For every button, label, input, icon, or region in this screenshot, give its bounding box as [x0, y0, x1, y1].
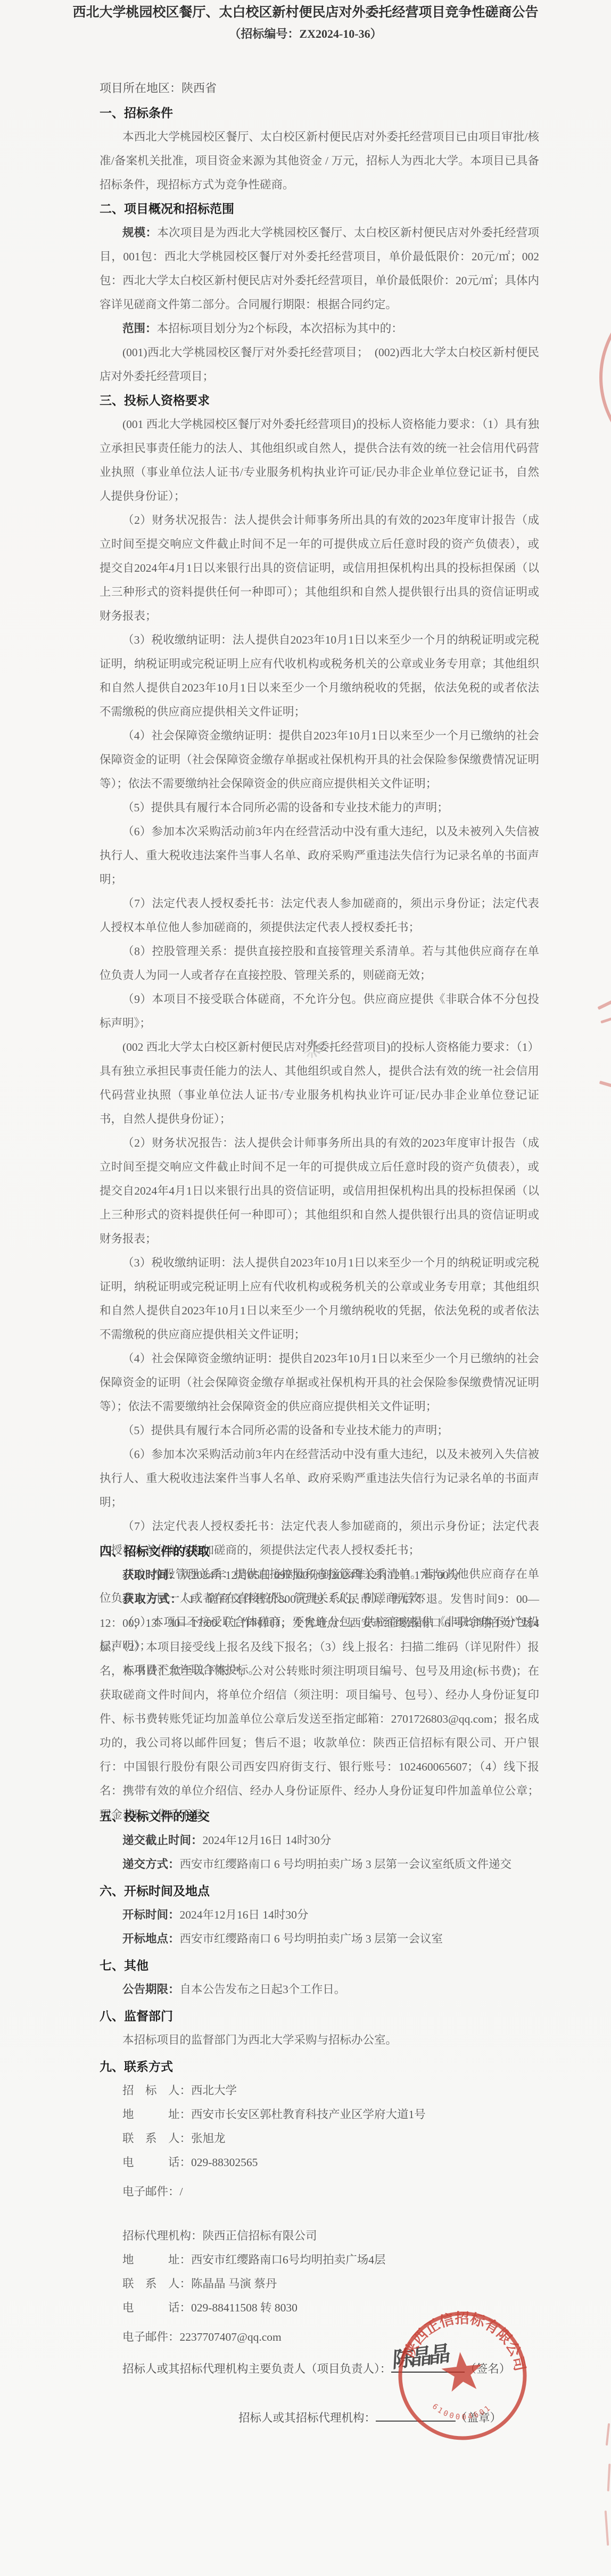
contact-label: 电 话：	[122, 2156, 191, 2169]
section-heading: 九、联系方式	[100, 2055, 539, 2079]
contact-label: 电子邮件：	[122, 2185, 180, 2198]
section-4-document-acquisition: 四、招标文件的获取获取时间：从2024年12月05日 09时00分到2024年1…	[100, 1540, 539, 1827]
seal-star-icon	[440, 2350, 484, 2392]
section-heading: 四、招标文件的获取	[100, 1540, 539, 1563]
contact-row: 招 标 人：西北大学	[122, 2079, 543, 2103]
contact-row: 地 址：西安市红缨路南口6号均明拍卖广场4层	[122, 2248, 543, 2272]
paragraph-lead: 递交截止时间：	[122, 1834, 203, 1847]
contact-value: 029-88411508 转 8030	[191, 2301, 298, 2314]
contact-label: 招 标 人：	[122, 2084, 191, 2097]
contact-label: 联 系 人：	[122, 2277, 191, 2290]
paragraph-lead: 规模：	[122, 226, 157, 239]
contact-label: 联 系 人：	[122, 2132, 191, 2145]
paragraph-text: 2024年12月16日 14时30分	[180, 1908, 309, 1921]
paragraph: （6）参加本次采购活动前3年内在经营活动中没有重大违纪，以及未被列入失信被执行人…	[100, 820, 539, 892]
contact-row: 联 系 人：张旭龙	[122, 2127, 543, 2151]
paragraph-lead: 递交方式：	[122, 1858, 180, 1871]
paragraph: 获取时间：从2024年12月05日 09时00分到2024年12月12日 17时…	[100, 1563, 539, 1587]
paragraph: （9）本项目不接受联合体磋商，不允许分包。供应商应提供《非联合体不分包投标声明》…	[100, 987, 539, 1035]
paragraph-lead: 获取时间：	[122, 1569, 180, 1582]
paragraph: （3）税收缴纳证明：法人提供自2023年10月1日以来至少一个月的纳税证明或完税…	[100, 1251, 539, 1347]
signature-line2-label: 招标人或其招标代理机构：	[238, 2412, 376, 2424]
paragraph: （5）提供具有履行本合同所必需的设备和专业技术能力的声明；	[100, 1419, 539, 1443]
section-heading: 二、项目概况和招标范围	[100, 197, 539, 221]
paragraph-text: 本次项目是为西北大学桃园校区餐厅、太白校区新村便民店对外委托经营项目，001包：…	[100, 226, 539, 311]
paragraph-text: （2）财务状况报告：法人提供会计师事务所出具的有效的2023年度审计报告（成立时…	[100, 1137, 539, 1245]
paragraph: 递交截止时间：2024年12月16日 14时30分	[100, 1829, 539, 1853]
region-value: 陕西省	[181, 81, 217, 95]
paragraph-text: 西安市红缨路南口 6 号均明拍卖广场 3 层第一会议室	[180, 1932, 443, 1945]
paragraph-text: 从2024年12月05日 09时00分到2024年12月12日 17时00分	[180, 1569, 460, 1582]
contact-row: 招标代理机构：陕西正信招标有限公司	[122, 2224, 543, 2248]
paragraph-text: （3）税收缴纳证明：法人提供自2023年10月1日以来至少一个月的纳税证明或完税…	[100, 633, 539, 718]
paragraph: 本招标项目的监督部门为西北大学采购与招标办公室。	[100, 2028, 539, 2052]
section-6-bid-opening: 六、开标时间及地点开标时间：2024年12月16日 14时30分开标地点：西安市…	[100, 1879, 539, 1951]
contact-value: 2237707407@qq.com	[180, 2331, 282, 2343]
paragraph-text: 本招标项目的监督部门为西北大学采购与招标办公室。	[122, 2034, 397, 2046]
section-8-supervision: 八、监督部门本招标项目的监督部门为西北大学采购与招标办公室。	[100, 2004, 539, 2052]
section-7-other: 七、其他公告期限：自本公告发布之日起3个工作日。	[100, 1954, 539, 2002]
paragraph-text: 2024年12月16日 14时30分	[203, 1834, 332, 1847]
paragraph-lead: 开标时间：	[122, 1908, 180, 1921]
paragraph-text: （6）参加本次采购活动前3年内在经营活动中没有重大违纪，以及未被列入失信被执行人…	[100, 1448, 539, 1509]
paragraph: 获取方式：（1）磋商文件售价300元/包（人民币），售后不退。发售时间9：00—…	[100, 1587, 539, 1827]
paragraph-lead: 开标地点：	[122, 1932, 180, 1945]
paragraph-text: （4）社会保障资金缴纳证明：提供自2023年10月1日以来至少一个月已缴纳的社会…	[100, 1352, 539, 1413]
paragraph-text: （3）税收缴纳证明：法人提供自2023年10月1日以来至少一个月的纳税证明或完税…	[100, 1256, 539, 1341]
document-title-block: 西北大学桃园校区餐厅、太白校区新村便民店对外委托经营项目竞争性磋商公告 （招标编…	[32, 2, 579, 45]
paragraph-text: （5）提供具有履行本合同所必需的设备和专业技术能力的声明；	[122, 801, 449, 814]
paragraph-text: （8）控股管理关系：提供直接控股和直接管理关系清单。若与其他供应商存在单位负责人…	[100, 945, 539, 982]
tender-number: （招标编号：ZX2024-10-36）	[32, 23, 579, 45]
paragraph-text: （6）参加本次采购活动前3年内在经营活动中没有重大违纪，以及未被列入失信被执行人…	[100, 825, 539, 886]
section-9-contact: 九、联系方式	[100, 2055, 539, 2079]
contact-label: 电 话：	[122, 2301, 191, 2314]
section-3-bidder-qualifications: 三、投标人资格要求(001 西北大学桃园校区餐厅对外委托经营项目)的投标人资格能…	[100, 389, 539, 1682]
signature-line1-label: 招标人或其招标代理机构主要负责人（项目负责人）：	[122, 2363, 391, 2375]
contact-label: 电子邮件：	[122, 2331, 180, 2343]
paragraph: (001)西北大学桃园校区餐厅对外委托经营项目； (002)西北大学太白校区新村…	[100, 341, 539, 389]
section-heading: 八、监督部门	[100, 2004, 539, 2028]
contact-row: 联 系 人：陈晶晶 马演 蔡丹	[122, 2272, 543, 2296]
paragraph-text: (001 西北大学桃园校区餐厅对外委托经营项目)的投标人资格能力要求：（1）具有…	[100, 418, 539, 503]
section-heading: 六、开标时间及地点	[100, 1879, 539, 1903]
section-5-bid-submission: 五、投标文件的递交递交截止时间：2024年12月16日 14时30分递交方式：西…	[100, 1805, 539, 1877]
contact-label: 地 址：	[122, 2108, 191, 2121]
paragraph-lead: 公告期限：	[122, 1983, 180, 1996]
contact-value: 张旭龙	[191, 2132, 226, 2145]
contact-label: 招标代理机构：	[122, 2229, 203, 2242]
paragraph-text: （7）法定代表人授权委托书：法定代表人参加磋商的，须出示身份证；法定代表人授权本…	[100, 897, 539, 934]
section-2-project-overview: 二、项目概况和招标范围规模：本次项目是为西北大学桃园校区餐厅、太白校区新村便民店…	[100, 197, 539, 389]
page-title: 西北大学桃园校区餐厅、太白校区新村便民店对外委托经营项目竞争性磋商公告	[32, 2, 579, 23]
paragraph: 开标地点：西安市红缨路南口 6 号均明拍卖广场 3 层第一会议室	[100, 1927, 539, 1951]
loading-spinner-icon	[301, 1038, 323, 1059]
seal-serial-text: 6100004601	[430, 2397, 494, 2425]
section-heading: 三、投标人资格要求	[100, 389, 539, 413]
paragraph: 本西北大学桃园校区餐厅、太白校区新村便民店对外委托经营项目已由项目审批/核准/备…	[100, 125, 539, 197]
contact-row: 电子邮件：/	[122, 2180, 543, 2204]
svg-text:6100004601: 6100004601	[430, 2397, 494, 2425]
contact-block-owner: 招 标 人：西北大学地 址：西安市长安区郭杜教育科技产业区学府大道1号联 系 人…	[122, 2079, 543, 2204]
paragraph-text: 本西北大学桃园校区餐厅、太白校区新村便民店对外委托经营项目已由项目审批/核准/备…	[100, 130, 539, 191]
paragraph-text: （5）提供具有履行本合同所必需的设备和专业技术能力的声明；	[122, 1424, 449, 1437]
paragraph-text: （4）社会保障资金缴纳证明：提供自2023年10月1日以来至少一个月已缴纳的社会…	[100, 729, 539, 790]
contact-value: 西北大学	[191, 2084, 237, 2097]
paragraph-text: （9）本项目不接受联合体磋商，不允许分包。供应商应提供《非联合体不分包投标声明》…	[100, 993, 539, 1030]
paragraph: （6）参加本次采购活动前3年内在经营活动中没有重大违纪，以及未被列入失信被执行人…	[100, 1443, 539, 1515]
contact-row: 地 址：西安市长安区郭杜教育科技产业区学府大道1号	[122, 2103, 543, 2127]
paragraph: 规模：本次项目是为西北大学桃园校区餐厅、太白校区新村便民店对外委托经营项目，00…	[100, 221, 539, 317]
paragraph-text: 西安市红缨路南口 6 号均明拍卖广场 3 层第一会议室纸质文件递交	[180, 1858, 512, 1871]
paragraph: （4）社会保障资金缴纳证明：提供自2023年10月1日以来至少一个月已缴纳的社会…	[100, 1347, 539, 1419]
contact-value: 西安市红缨路南口6号均明拍卖广场4层	[191, 2253, 386, 2266]
region-label: 项目所在地区：	[100, 81, 181, 95]
paragraph: 开标时间：2024年12月16日 14时30分	[100, 1903, 539, 1927]
contact-value: 029-88302565	[191, 2156, 258, 2169]
paragraph: 范围：本招标项目划分为2个标段，本次招标为其中的：	[100, 317, 539, 341]
paragraph: （3）税收缴纳证明：法人提供自2023年10月1日以来至少一个月的纳税证明或完税…	[100, 628, 539, 724]
section-heading: 一、招标条件	[100, 101, 539, 125]
paragraph: 公告期限：自本公告发布之日起3个工作日。	[100, 1978, 539, 2002]
paragraph: （5）提供具有履行本合同所必需的设备和专业技术能力的声明；	[100, 796, 539, 820]
paragraph: （2）财务状况报告：法人提供会计师事务所出具的有效的2023年度审计报告（成立时…	[100, 508, 539, 628]
contact-value: 西安市长安区郭杜教育科技产业区学府大道1号	[191, 2108, 426, 2121]
contact-value: /	[180, 2185, 183, 2198]
paragraph-text: 本招标项目划分为2个标段，本次招标为其中的：	[157, 322, 403, 335]
paragraph: （4）社会保障资金缴纳证明：提供自2023年10月1日以来至少一个月已缴纳的社会…	[100, 724, 539, 796]
project-region-line: 项目所在地区：陕西省	[100, 79, 217, 98]
section-heading: 五、投标文件的递交	[100, 1805, 539, 1829]
contact-row: 电 话：029-88302565	[122, 2151, 543, 2175]
paragraph-lead: 获取方式：	[122, 1593, 183, 1606]
section-heading: 七、其他	[100, 1954, 539, 1978]
contact-value: 陕西正信招标有限公司	[203, 2229, 317, 2242]
contact-label: 地 址：	[122, 2253, 191, 2266]
paragraph: (001 西北大学桃园校区餐厅对外委托经营项目)的投标人资格能力要求：（1）具有…	[100, 413, 539, 508]
paragraph-lead: 范围：	[122, 322, 157, 335]
paragraph-text: （2）财务状况报告：法人提供会计师事务所出具的有效的2023年度审计报告（成立时…	[100, 514, 539, 622]
section-1-bid-conditions: 一、招标条件本西北大学桃园校区餐厅、太白校区新村便民店对外委托经营项目已由项目审…	[100, 101, 539, 197]
paragraph: （7）法定代表人授权委托书：法定代表人参加磋商的，须出示身份证；法定代表人授权本…	[100, 892, 539, 940]
company-seal-stamp: 陕西正信招标有限公司 6100004601	[388, 2301, 536, 2450]
paragraph-text: 自本公告发布之日起3个工作日。	[180, 1983, 346, 1996]
paragraph-text: (001)西北大学桃园校区餐厅对外委托经营项目； (002)西北大学太白校区新村…	[100, 346, 539, 383]
paragraph-text: （1）磋商文件售价300元/包（人民币），售后不退。发售时间9：00—12：00…	[100, 1593, 539, 1821]
paragraph: （8）控股管理关系：提供直接控股和直接管理关系清单。若与其他供应商存在单位负责人…	[100, 940, 539, 987]
paragraph: （2）财务状况报告：法人提供会计师事务所出具的有效的2023年度审计报告（成立时…	[100, 1131, 539, 1251]
paragraph: 递交方式：西安市红缨路南口 6 号均明拍卖广场 3 层第一会议室纸质文件递交	[100, 1853, 539, 1877]
contact-value: 陈晶晶 马演 蔡丹	[191, 2277, 277, 2290]
